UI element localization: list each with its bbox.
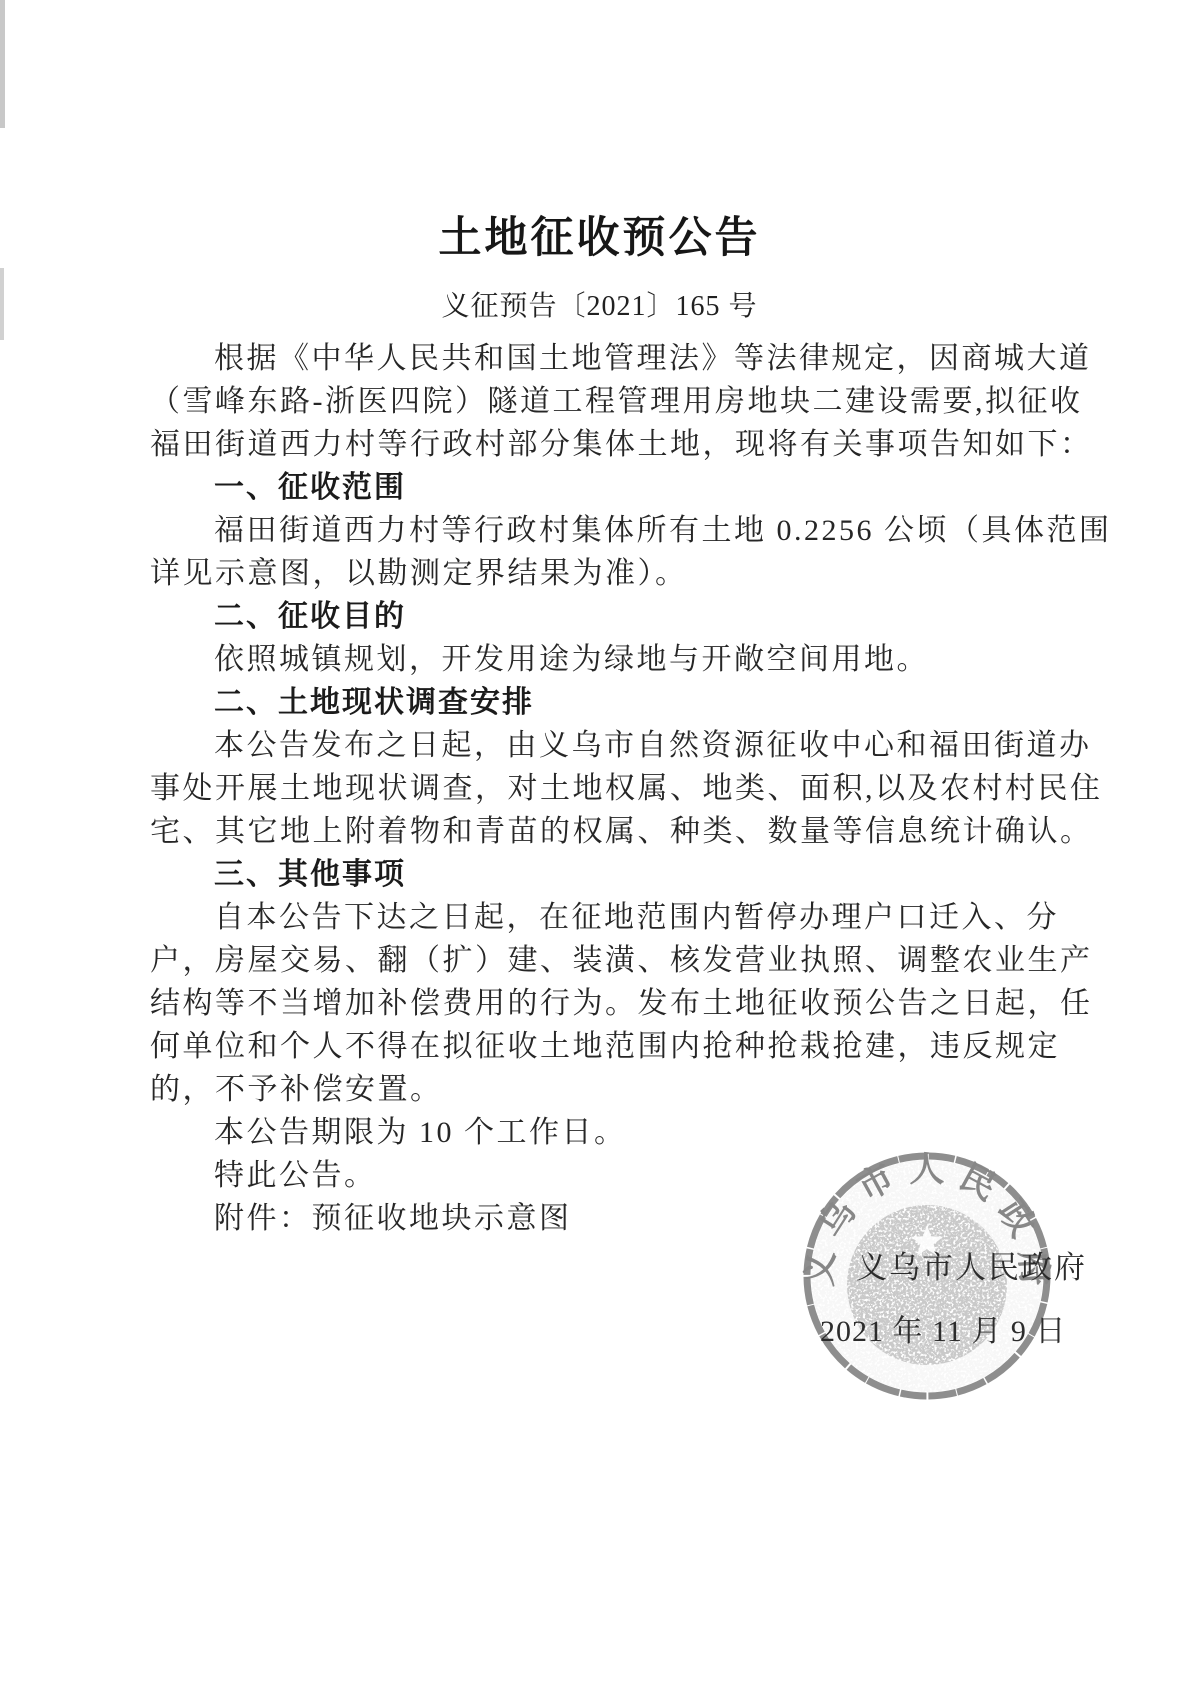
doc-line: 本公告发布之日起，由义乌市自然资源征收中心和福田街道办 <box>150 724 1090 767</box>
doc-line: 的，不予补偿安置。 <box>150 1068 1090 1111</box>
document-number: 义征预告〔2021〕165 号 <box>0 284 1199 324</box>
doc-line: 福田街道西力村等行政村集体所有土地 0.2256 公顷（具体范围 <box>150 509 1090 552</box>
scan-edge-artifact <box>0 0 5 128</box>
scanned-document-page: 土地征收预公告 义征预告〔2021〕165 号 根据《中华人民共和国土地管理法》… <box>0 0 1199 1696</box>
document-title: 土地征收预公告 <box>0 204 1199 265</box>
doc-line: 自本公告下达之日起，在征地范围内暂停办理户口迁入、分 <box>150 896 1090 939</box>
document-body: 根据《中华人民共和国土地管理法》等法律规定，因商城大道 （雪峰东路-浙医四院）隧… <box>150 337 1090 1240</box>
date-line: 2021 年 11 月 9 日 <box>820 1306 1066 1350</box>
doc-line: 福田街道西力村等行政村部分集体土地，现将有关事项告知如下： <box>150 423 1090 466</box>
signature-line: 义乌市人民政府 <box>856 1242 1087 1287</box>
section-heading: 一、征收范围 <box>150 466 1090 509</box>
doc-line: 依照城镇规划，开发用途为绿地与开敞空间用地。 <box>150 638 1090 681</box>
doc-line: 宅、其它地上附着物和青苗的权属、种类、数量等信息统计确认。 <box>150 810 1090 853</box>
doc-line: （雪峰东路-浙医四院）隧道工程管理用房地块二建设需要,拟征收 <box>150 380 1090 423</box>
section-heading: 三、其他事项 <box>150 853 1090 896</box>
section-heading: 二、征收目的 <box>150 595 1090 638</box>
section-heading: 二、土地现状调查安排 <box>150 681 1090 724</box>
doc-line: 结构等不当增加补偿费用的行为。发布土地征收预公告之日起，任 <box>150 982 1090 1025</box>
doc-line: 何单位和个人不得在拟征收土地范围内抢种抢栽抢建，违反规定 <box>150 1025 1090 1068</box>
doc-line: 详见示意图，以勘测定界结果为准）。 <box>150 552 1090 595</box>
doc-line: 户，房屋交易、翻（扩）建、装潢、核发营业执照、调整农业生产 <box>150 939 1090 982</box>
doc-line: 事处开展土地现状调查，对土地权属、地类、面积,以及农村村民住 <box>150 767 1090 810</box>
doc-line: 根据《中华人民共和国土地管理法》等法律规定，因商城大道 <box>150 337 1090 380</box>
